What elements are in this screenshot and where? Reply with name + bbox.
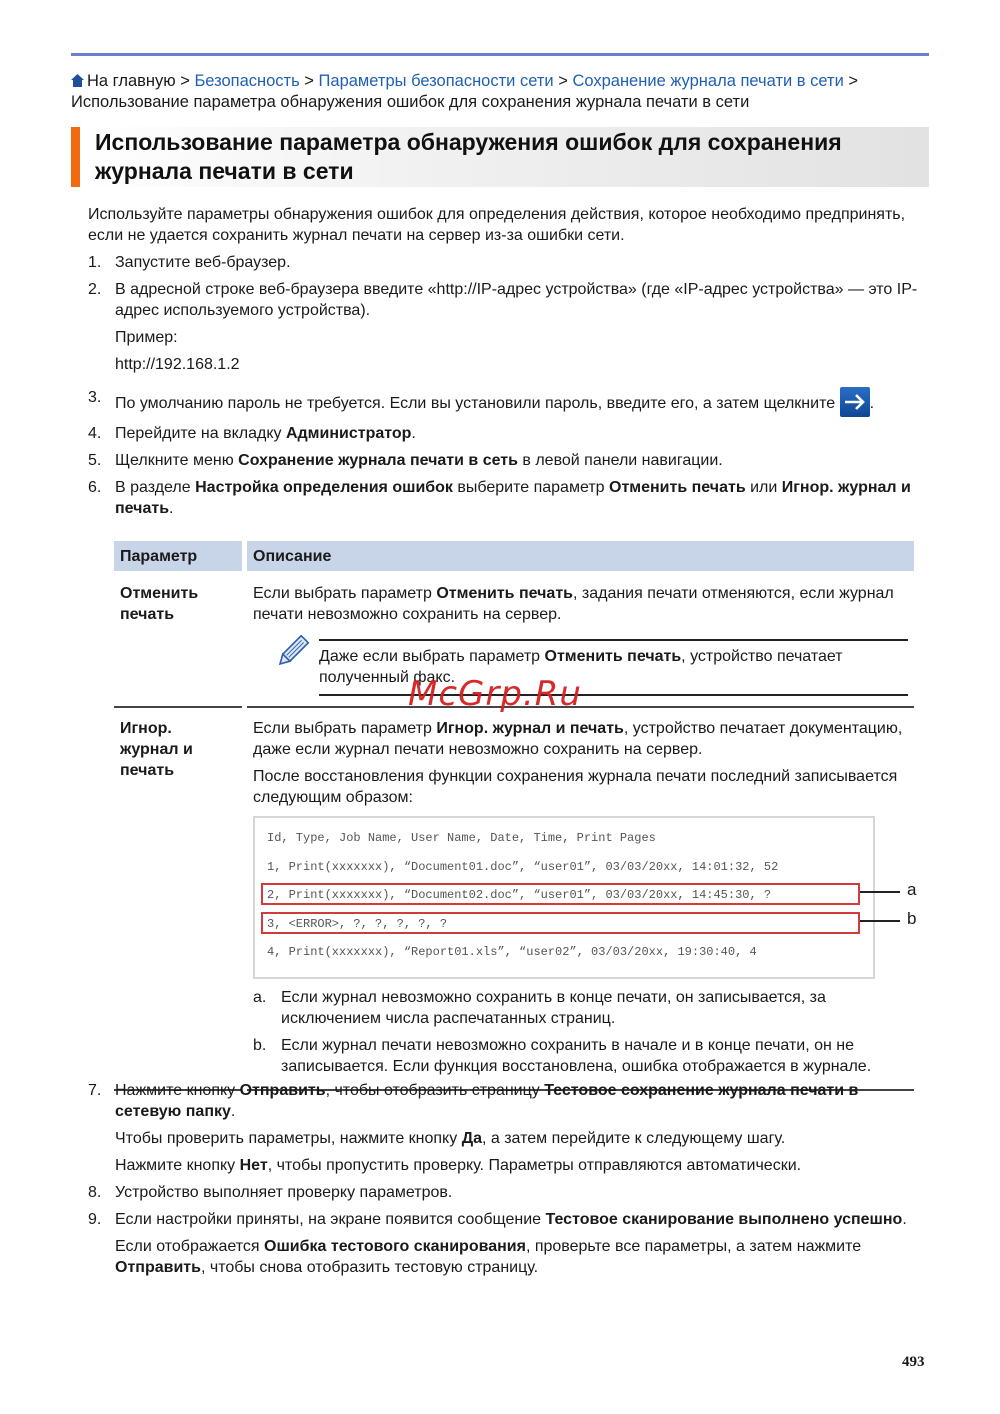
step-number: 7. — [88, 1080, 101, 1101]
step-7-sub-2: Нажмите кнопку Нет, чтобы пропустить про… — [115, 1155, 918, 1176]
breadcrumb-home[interactable]: На главную — [87, 72, 176, 90]
callout-mark: a. — [253, 987, 266, 1008]
description-text: Если выбрать параметр Игнор. журнал и пе… — [253, 718, 908, 760]
step-6: 6. В разделе Настройка определения ошибо… — [88, 477, 918, 519]
param-cell: Игнор. журнал и печать — [114, 708, 242, 1091]
callout-text: Если журнал печати невозможно сохранить … — [281, 1037, 871, 1075]
step-7: 7. Нажмите кнопку Отправить, чтобы отобр… — [88, 1080, 918, 1176]
step-text: или — [746, 479, 782, 496]
parameter-table: Параметр Описание Отменить печать Если в… — [109, 541, 919, 1091]
log-line-highlight-b: 3, <ERROR>, ?, ?, ?, ?, ? — [267, 914, 861, 943]
step-number: 8. — [88, 1182, 101, 1203]
step-number: 3. — [88, 387, 101, 408]
table-row: Игнор. журнал и печать Если выбрать пара… — [114, 708, 914, 1091]
intro-text: Используйте параметры обнаружения ошибок… — [88, 204, 918, 246]
pencil-icon — [275, 635, 309, 669]
step-number: 9. — [88, 1209, 101, 1230]
log-line: 4, Print(xxxxxxx), “Report01.xls”, “user… — [267, 942, 861, 971]
breadcrumb-link-security[interactable]: Безопасность — [194, 72, 299, 90]
ui-term: Тестовое сканирование выполнено успешно — [546, 1211, 903, 1228]
breadcrumb-link-network-security[interactable]: Параметры безопасности сети — [319, 72, 554, 90]
step-text: Запустите веб-браузер. — [115, 254, 291, 271]
step-text: Нажмите кнопку — [115, 1082, 240, 1099]
steps-list: 1. Запустите веб-браузер. 2. В адресной … — [88, 252, 918, 519]
step-text: выберите параметр — [453, 479, 609, 496]
callout-line-a — [860, 891, 900, 893]
ui-term: Администратор — [286, 425, 411, 442]
page-number: 493 — [902, 1352, 925, 1373]
step-text: По умолчанию пароль не требуется. Если в… — [115, 395, 835, 412]
steps-list-continued: 7. Нажмите кнопку Отправить, чтобы отобр… — [88, 1080, 918, 1278]
log-line-highlight-a: 2, Print(xxxxxxx), “Document02.doc”, “us… — [267, 885, 861, 914]
main-content: Используйте параметры обнаружения ошибок… — [88, 204, 918, 525]
description-cell: Если выбрать параметр Игнор. журнал и пе… — [247, 708, 914, 1091]
step-text-tail: . — [870, 395, 874, 412]
step-text: В разделе — [115, 479, 195, 496]
step-text: . — [169, 500, 173, 517]
callout-explanation-b: b. Если журнал печати невозможно сохрани… — [253, 1035, 908, 1077]
step-1: 1. Запустите веб-браузер. — [88, 252, 918, 273]
step-text: , чтобы отобразить страницу — [326, 1082, 545, 1099]
callout-line-b — [860, 920, 900, 922]
step-9: 9. Если настройки приняты, на экране поя… — [88, 1209, 918, 1278]
callout-text: Если журнал невозможно сохранить в конце… — [281, 989, 826, 1027]
step-text: Если настройки приняты, на экране появит… — [115, 1211, 546, 1228]
step-text: Устройство выполняет проверку параметров… — [115, 1184, 452, 1201]
callout-label-b: b — [907, 908, 916, 929]
step-text: В адресной строке веб-браузера введите «… — [115, 281, 917, 319]
breadcrumb-separator: > — [844, 72, 858, 90]
step-number: 4. — [88, 423, 101, 444]
step-text: . — [231, 1103, 235, 1120]
ui-term: Сохранение журнала печати в сеть — [238, 452, 518, 469]
breadcrumb-separator: > — [300, 72, 319, 90]
step-5: 5. Щелкните меню Сохранение журнала печа… — [88, 450, 918, 471]
step-number: 1. — [88, 252, 101, 273]
watermark: McGrp.Ru — [408, 684, 582, 705]
step-3: 3. По умолчанию пароль не требуется. Есл… — [88, 387, 918, 417]
step-text: . — [411, 425, 415, 442]
step-9-sub: Если отображается Ошибка тестового скани… — [115, 1236, 918, 1278]
step-number: 5. — [88, 450, 101, 471]
example-label: Пример: — [115, 327, 918, 348]
callout-mark: b. — [253, 1035, 266, 1056]
breadcrumb-separator: > — [176, 72, 195, 90]
step-number: 6. — [88, 477, 101, 498]
step-8: 8. Устройство выполняет проверку парамет… — [88, 1182, 918, 1203]
home-icon — [71, 74, 84, 87]
step-text: Перейдите на вкладку — [115, 425, 286, 442]
step-2: 2. В адресной строке веб-браузера введит… — [88, 279, 918, 375]
step-7-sub-1: Чтобы проверить параметры, нажмите кнопк… — [115, 1128, 918, 1149]
param-cell: Отменить печать — [114, 571, 242, 708]
callout-explanation-a: a. Если журнал невозможно сохранить в ко… — [253, 987, 908, 1029]
step-text: . — [902, 1211, 906, 1228]
ui-term: Отменить печать — [609, 479, 746, 496]
top-rule — [71, 53, 929, 56]
param-name: Отменить печать — [120, 583, 220, 625]
log-line: Id, Type, Job Name, User Name, Date, Tim… — [267, 828, 861, 857]
arrow-right-icon — [840, 387, 870, 417]
print-log-example: Id, Type, Job Name, User Name, Date, Tim… — [253, 816, 875, 979]
step-text: в левой панели навигации. — [518, 452, 723, 469]
breadcrumb: На главную > Безопасность > Параметры бе… — [71, 71, 931, 113]
callout-explanations: a. Если журнал невозможно сохранить в ко… — [253, 987, 908, 1077]
column-header-description: Описание — [247, 541, 914, 571]
title-bar: Использование параметра обнаружения ошиб… — [71, 127, 929, 187]
step-4: 4. Перейдите на вкладку Администратор. — [88, 423, 918, 444]
main-content-continued: 7. Нажмите кнопку Отправить, чтобы отобр… — [88, 1080, 918, 1284]
log-line: 1, Print(xxxxxxx), “Document01.doc”, “us… — [267, 857, 861, 886]
ui-term: Настройка определения ошибок — [195, 479, 453, 496]
callout-label-a: a — [907, 879, 916, 900]
description-text-2: После восстановления функции сохранения … — [253, 766, 908, 808]
page-title: Использование параметра обнаружения ошиб… — [95, 127, 929, 186]
breadcrumb-current: Использование параметра обнаружения ошиб… — [71, 93, 749, 111]
param-name: Игнор. журнал и печать — [120, 718, 210, 781]
table-header-row: Параметр Описание — [114, 541, 914, 571]
step-text: Щелкните меню — [115, 452, 238, 469]
description-text: Если выбрать параметр Отменить печать, з… — [253, 583, 908, 625]
column-header-parameter: Параметр — [114, 541, 242, 571]
ui-term: Отправить — [240, 1082, 326, 1099]
example-url: http://192.168.1.2 — [115, 354, 918, 375]
breadcrumb-link-store-print-log[interactable]: Сохранение журнала печати в сети — [572, 72, 843, 90]
step-number: 2. — [88, 279, 101, 300]
breadcrumb-separator: > — [554, 72, 573, 90]
